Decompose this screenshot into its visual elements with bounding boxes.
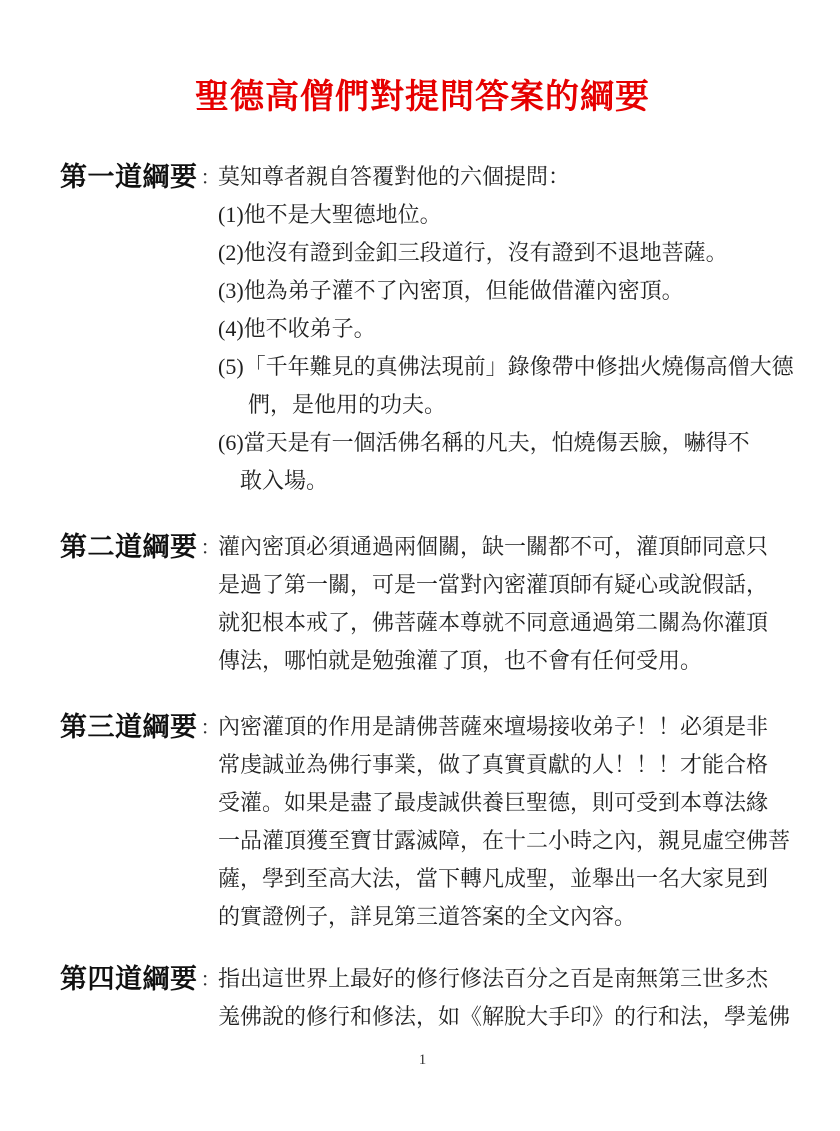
section-3: 第三道綱要 ： 內密灌頂的作用是請佛菩薩來壇場接收弟子！！必須是非 常虔誠並為佛… [60, 708, 785, 936]
section-2-line-4: 傳法，哪怕就是勉強灌了頂，也不會有任何受用。 [218, 642, 785, 680]
list-item-5-continuation: 們，是他用的功夫。 [218, 386, 794, 424]
section-1-label: 第一道綱要 [60, 158, 198, 196]
section-1-intro: 莫知尊者親自答覆對他的六個提問： [218, 158, 794, 196]
section-3-line-6: 的實證例子，詳見第三道答案的全文內容。 [218, 898, 790, 936]
section-3-line-1: 內密灌頂的作用是請佛菩薩來壇場接收弟子！！必須是非 [218, 708, 790, 746]
section-4-body: 指出這世界上最好的修行修法百分之百是南無第三世多杰 羗佛說的修行和修法，如《解脫… [218, 960, 790, 1036]
section-2-body: 灌內密頂必須通過兩個關，缺一關都不可，灌頂師同意只 是過了第一關，可是一當對內密… [218, 528, 785, 680]
section-1-body: 莫知尊者親自答覆對他的六個提問： (1)他不是大聖德地位。 (2)他沒有證到金釦… [218, 158, 794, 500]
section-3-label: 第三道綱要 [60, 708, 198, 746]
list-item-2: (2)他沒有證到金釦三段道行，沒有證到不退地菩薩。 [218, 234, 794, 272]
section-1: 第一道綱要 ： 莫知尊者親自答覆對他的六個提問： (1)他不是大聖德地位。 (2… [60, 158, 785, 500]
section-1-heading: 第一道綱要 ： [60, 158, 218, 198]
list-item-6: (6)當天是有一個活佛名稱的凡夫，怕燒傷丟臉，嚇得不 [218, 424, 794, 462]
document-content: 聖德高僧們對提問答案的綱要 第一道綱要 ： 莫知尊者親自答覆對他的六個提問： (… [0, 0, 840, 1070]
section-4-line-1: 指出這世界上最好的修行修法百分之百是南無第三世多杰 [218, 960, 790, 998]
section-3-line-3: 受灌。如果是盡了最虔誠供養巨聖德，則可受到本尊法緣 [218, 784, 790, 822]
list-item-4: (4)他不收弟子。 [218, 310, 794, 348]
section-2-line-2: 是過了第一關，可是一當對內密灌頂師有疑心或說假話， [218, 566, 785, 604]
section-3-line-4: 一品灌頂獲至寶甘露滅障，在十二小時之內，親見虛空佛菩 [218, 822, 790, 860]
list-item-1: (1)他不是大聖德地位。 [218, 196, 794, 234]
section-3-heading: 第三道綱要 ： [60, 708, 218, 748]
page-number: 1 [60, 1050, 785, 1070]
section-3-body: 內密灌頂的作用是請佛菩薩來壇場接收弟子！！必須是非 常虔誠並為佛行事業，做了真實… [218, 708, 790, 936]
section-2-line-1: 灌內密頂必須通過兩個關，缺一關都不可，灌頂師同意只 [218, 528, 785, 566]
section-3-line-2: 常虔誠並為佛行事業，做了真實貢獻的人！！！才能合格 [218, 746, 790, 784]
list-item-5: (5)「千年難見的真佛法現前」錄像帶中修拙火燒傷高僧大德 [218, 348, 794, 386]
document-page: 聖德高僧們對提問答案的綱要 第一道綱要 ： 莫知尊者親自答覆對他的六個提問： (… [0, 0, 840, 1131]
section-4: 第四道綱要 ： 指出這世界上最好的修行修法百分之百是南無第三世多杰 羗佛說的修行… [60, 960, 785, 1036]
section-2-line-3: 就犯根本戒了，佛菩薩本尊就不同意通過第二關為你灌頂 [218, 604, 785, 642]
section-2-heading: 第二道綱要 ： [60, 528, 218, 568]
list-item-6-continuation: 敢入場。 [218, 462, 794, 500]
section-4-line-2: 羗佛說的修行和修法，如《解脫大手印》的行和法，學羗佛 [218, 998, 790, 1036]
section-4-label: 第四道綱要 [60, 960, 198, 998]
section-2: 第二道綱要 ： 灌內密頂必須通過兩個關，缺一關都不可，灌頂師同意只 是過了第一關… [60, 528, 785, 680]
list-item-3: (3)他為弟子灌不了內密頂，但能做借灌內密頂。 [218, 272, 794, 310]
section-4-heading: 第四道綱要 ： [60, 960, 218, 1000]
section-2-label: 第二道綱要 [60, 528, 198, 566]
section-3-line-5: 薩，學到至高大法，當下轉凡成聖，並舉出一名大家見到 [218, 860, 790, 898]
page-title: 聖德高僧們對提問答案的綱要 [60, 0, 785, 122]
